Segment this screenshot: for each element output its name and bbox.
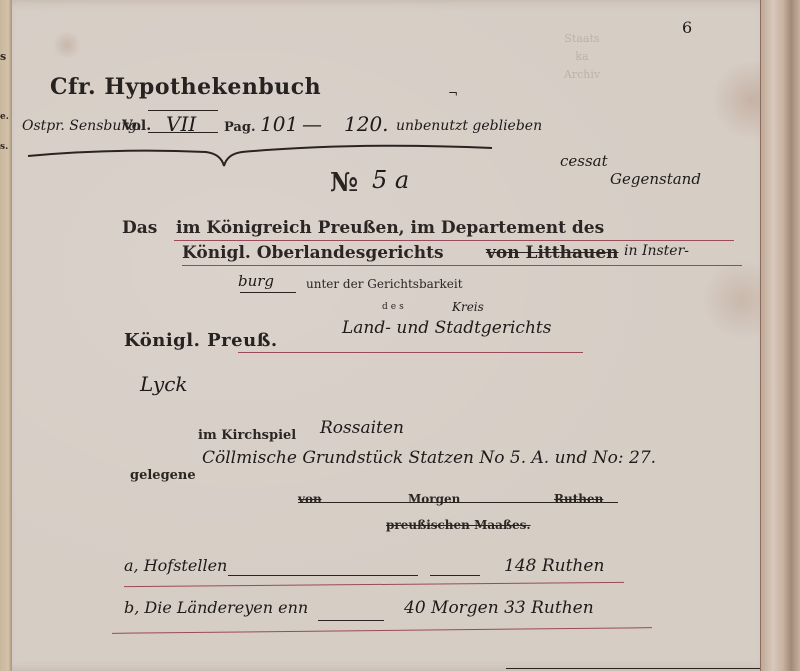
pag-note: unbenutzt geblieben	[396, 118, 542, 134]
entry-label: b, Die Ländereyen enn	[124, 598, 308, 617]
pag-label: Pag.	[224, 120, 255, 135]
red-underline	[182, 265, 742, 266]
text-des: des	[382, 302, 407, 312]
strike-line	[298, 502, 618, 503]
vol-line	[148, 110, 218, 111]
red-underline	[174, 240, 734, 241]
document-title: Cfr. Hypothekenbuch	[50, 74, 321, 100]
label-kirchspiel: im Kirchspiel	[198, 428, 296, 443]
vol-line	[148, 132, 218, 133]
fill-line	[318, 620, 384, 621]
text-morgen: Morgen	[408, 492, 460, 506]
fill-line	[228, 575, 418, 576]
ink-mark: ¬	[448, 86, 458, 100]
faded-stamp: Staats ka Archiv	[532, 30, 632, 84]
stamp-line: Staats	[532, 30, 632, 48]
red-underline	[238, 352, 583, 353]
left-page-fragment: s.	[0, 142, 8, 152]
left-page-fragment: s	[0, 50, 6, 63]
vol-label: Vol.	[122, 118, 151, 134]
hand-court-name: Land- und Stadtgerichts	[342, 318, 551, 338]
stamp-line: ka	[532, 48, 632, 66]
text-ruthen: Ruthen	[554, 492, 603, 506]
text-preuss-maasses: preußischen Maaßes.	[386, 518, 531, 532]
red-underline	[124, 582, 624, 587]
adjacent-page-edge: s e. s.	[0, 0, 12, 671]
fill-line	[430, 575, 480, 576]
record-number-value: 5 a	[372, 166, 409, 194]
record-number-prefix: №	[330, 168, 358, 198]
annotation-gegenstand: Gegenstand	[610, 170, 701, 188]
pag-to: 120.	[344, 112, 389, 136]
text-koenigreich: im Königreich Preußen, im Departement de…	[176, 218, 604, 238]
hand-town: Lyck	[140, 372, 188, 396]
hand-kirchspiel-value: Rossaiten	[320, 418, 404, 438]
left-page-fragment: e.	[0, 112, 9, 122]
pag-from: 101	[260, 112, 298, 136]
hand-kreis-insert: Kreis	[452, 300, 484, 314]
text-das: Das	[122, 218, 157, 238]
entry-value: 148 Ruthen	[504, 556, 604, 576]
text-oberlandesgericht: Königl. Oberlandesgerichts	[182, 243, 444, 263]
label-gelegene: gelegene	[130, 468, 196, 483]
entry-value: 40 Morgen 33 Ruthen	[404, 598, 594, 618]
decorative-brace	[26, 138, 496, 168]
entry-label: a, Hofstellen	[124, 556, 227, 575]
ink-underline	[240, 292, 296, 293]
document-page: Staats ka Archiv 6 Cfr. Hypothekenbuch ¬…	[12, 0, 772, 671]
hand-burg: burg	[238, 272, 274, 290]
text-koenigl-preuss: Königl. Preuß.	[124, 330, 278, 351]
text-von-litthauen: von Litthauen	[486, 243, 619, 263]
stamp-line: Archiv	[532, 66, 632, 84]
torn-page-edge	[760, 0, 800, 671]
text-gerichtsbarkeit: unter der Gerichtsbarkeit	[306, 277, 463, 291]
hand-gelegene-value: Cöllmische Grundstück Statzen No 5. A. u…	[202, 448, 656, 468]
annotation-cessat: cessat	[560, 152, 608, 170]
page-number: 6	[682, 18, 692, 37]
bottom-rule	[506, 668, 772, 669]
hand-insterburg: in Inster-	[624, 243, 689, 259]
text-von: von	[298, 492, 322, 506]
red-underline	[112, 627, 652, 634]
pag-dash: —	[302, 112, 322, 136]
